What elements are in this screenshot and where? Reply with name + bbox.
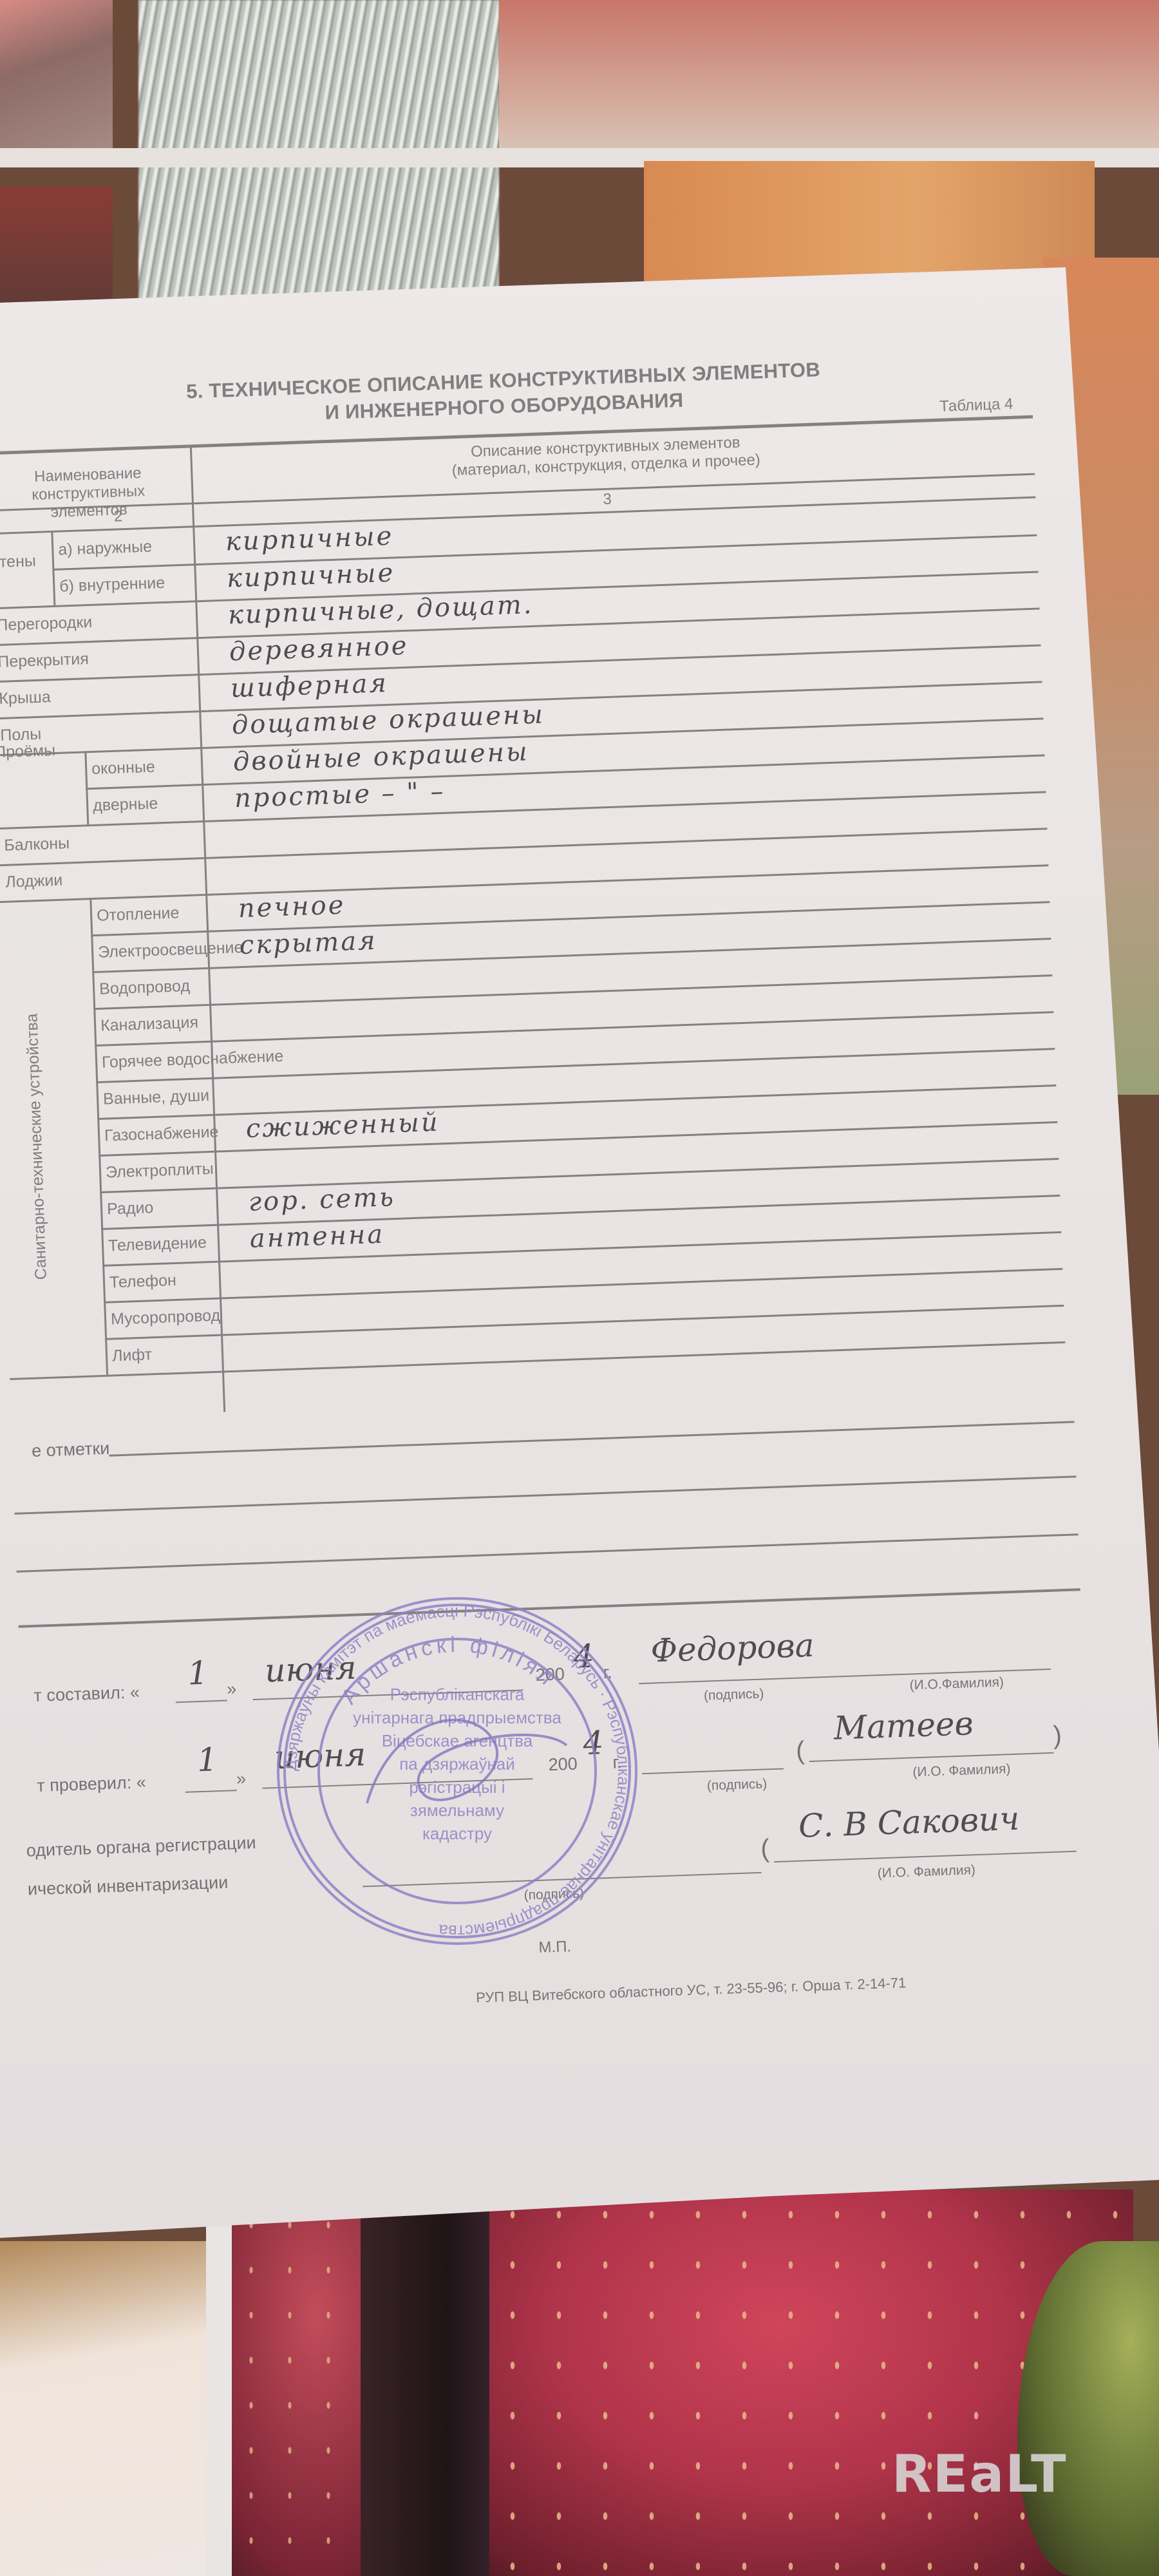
row-label: б) внутренние — [59, 574, 165, 596]
row-label: Перегородки — [0, 613, 93, 635]
row-value-handwritten: антенна — [249, 1220, 385, 1254]
row-label: Лоджии — [5, 871, 63, 892]
row-label: а) наружные — [58, 538, 153, 560]
compiled-signature-caption: (подпись) — [704, 1686, 764, 1703]
compiled-name-caption: (И.О.Фамилия) — [909, 1674, 1004, 1693]
svg-text:рэгістрацыі і: рэгістрацыі і — [409, 1777, 505, 1797]
group-divider — [84, 751, 89, 824]
row-divider — [0, 681, 1042, 719]
realt-watermark-logo: REaLT — [892, 2444, 1068, 2504]
table-row: Ванные, души — [0, 323, 1068, 361]
background-tile — [0, 2241, 232, 2576]
table-row: Балконы — [0, 323, 1068, 361]
row-divider — [97, 1084, 1056, 1120]
section-title: 5. ТЕХНИЧЕСКОЕ ОПИСАНИЕ КОНСТРУКТИВНЫХ Э… — [52, 352, 955, 435]
table-row: а) наружныекирпичные — [0, 323, 1068, 361]
table-top-rule — [0, 415, 1033, 455]
table-row: Лифт — [0, 323, 1068, 361]
row-label: Мусоропровод — [111, 1307, 221, 1329]
row-label: Лифт — [112, 1345, 153, 1365]
row-divider — [102, 1231, 1061, 1267]
row-divider — [10, 1341, 1065, 1380]
compiled-year-prefix: 200 — [535, 1664, 565, 1685]
svg-text:Рэспубліканскага: Рэспубліканскага — [390, 1685, 525, 1704]
compiled-month: июня — [264, 1649, 357, 1690]
row-divider — [0, 607, 1039, 646]
row-label: Электроплиты — [106, 1160, 214, 1182]
checked-signature-caption: (подпись) — [707, 1776, 768, 1794]
table-row: Телефон — [0, 323, 1068, 361]
row-value-handwritten: сжиженный — [245, 1108, 440, 1144]
background-tile — [0, 0, 113, 155]
row-value-handwritten: двойные окрашены — [232, 737, 529, 777]
row-divider — [52, 535, 1037, 571]
row-label: Балконы — [4, 834, 70, 855]
checked-label: т проверил: « — [37, 1772, 146, 1796]
row-divider — [86, 754, 1044, 790]
row-divider — [0, 571, 1039, 610]
group-label-openings: Проёмы — [0, 741, 56, 762]
row-divider — [93, 974, 1052, 1010]
table-row: Полыдощатые окрашены — [0, 323, 1068, 361]
group-divider — [51, 532, 55, 605]
row-divider — [100, 1158, 1059, 1193]
checked-name: Матеев — [833, 1705, 974, 1747]
row-label: Водопровод — [99, 977, 191, 999]
row-label: Отопление — [97, 904, 180, 925]
head-signature-caption: (подпись) — [523, 1886, 584, 1903]
checked-year-suffix: 4 — [583, 1724, 605, 1762]
column-divider — [190, 446, 225, 1412]
row-value-handwritten: простые – " – — [234, 777, 446, 813]
compiled-label: т составил: « — [33, 1682, 140, 1706]
svg-text:Дзяржаўны камітэт па маёмасці: Дзяржаўны камітэт па маёмасці Рэспублікі… — [281, 1601, 634, 1941]
row-value-handwritten: печное — [238, 890, 346, 923]
table-row: Лоджии — [0, 323, 1068, 361]
strawberry-seeds — [232, 2202, 361, 2576]
row-divider — [0, 791, 1046, 829]
checked-by-row: т проверил: « 1 » июня 200 4 г. (подпись… — [0, 323, 1068, 361]
section-title-line1: 5. ТЕХНИЧЕСКОЕ ОПИСАНИЕ КОНСТРУКТИВНЫХ Э… — [52, 352, 954, 410]
table-row: Отоплениепечное — [0, 323, 1068, 361]
row-label: Крыша — [0, 688, 51, 708]
background-tile — [499, 0, 1159, 148]
table-rule — [0, 473, 1035, 512]
head-row: одитель органа регистрации ической инвен… — [0, 323, 1068, 361]
row-value-handwritten: деревянное — [229, 631, 409, 667]
row-divider — [104, 1268, 1062, 1303]
row-value-handwritten: скрытая — [239, 926, 377, 960]
background-tile — [0, 187, 113, 316]
stamp-seal-icon: Дзяржаўны камітэт па маёмасці Рэспублікі… — [264, 1591, 650, 1951]
row-value-handwritten: гор. сеть — [248, 1182, 396, 1217]
row-divider — [92, 938, 1051, 973]
row-value-handwritten: дощатые окрашены — [231, 699, 545, 740]
group-label-sanitary: Санитарно-технические устройства — [23, 1013, 50, 1280]
row-divider — [91, 901, 1050, 936]
row-label: Горячее водоснабжение — [102, 1047, 284, 1072]
row-label: Электроосвещение — [98, 938, 243, 962]
checked-month: июня — [274, 1736, 366, 1776]
svg-text:па дзяржаўнай: па дзяржаўнай — [399, 1754, 515, 1774]
table-rule — [0, 497, 1035, 535]
row-label: Полы — [0, 725, 42, 745]
row-divider — [0, 864, 1048, 903]
table-row: Электроплиты — [0, 323, 1068, 361]
compiled-day: 1 — [187, 1654, 209, 1692]
row-divider — [0, 828, 1047, 866]
dark-fruit-image — [361, 2202, 502, 2576]
svg-text:Аршанскі філіял: Аршанскі філіял — [337, 1633, 561, 1709]
group-divider — [90, 898, 108, 1375]
table-row: Горячее водоснабжение — [0, 323, 1068, 361]
notes-line — [109, 1421, 1074, 1456]
row-divider — [96, 1048, 1055, 1083]
table-row: Газоснабжениесжиженный — [0, 323, 1068, 361]
table-row: Электроосвещениескрытая — [0, 323, 1068, 361]
table-body: а) наружныекирпичныеб) внутренниекирпичн… — [0, 323, 1068, 361]
row-label: оконные — [91, 758, 155, 779]
table-row: Перекрытиядеревянное — [0, 323, 1068, 361]
checked-name-caption: (И.О. Фамилия) — [912, 1761, 1011, 1780]
background-strip — [206, 2222, 232, 2576]
table-row: Крышашиферная — [0, 323, 1068, 361]
row-label: Телефон — [109, 1271, 177, 1293]
table-row: Водопровод — [0, 323, 1068, 361]
svg-text:кадастру: кадастру — [422, 1824, 492, 1843]
compiled-year-suffix: 4 — [573, 1638, 595, 1676]
svg-text:унітарнага прадпрыемства: унітарнага прадпрыемства — [353, 1708, 561, 1727]
row-divider — [99, 1121, 1057, 1157]
table-row: Мусоропровод — [0, 323, 1068, 361]
svg-text:Віцебскае агенцтва: Віцебскае агенцтва — [382, 1731, 533, 1750]
head-label-line2: ической инвентаризации — [27, 1873, 228, 1900]
notes-line — [19, 1588, 1080, 1628]
row-divider — [0, 717, 1043, 756]
checked-year-unit: г. — [612, 1752, 622, 1772]
notes-line — [17, 1533, 1079, 1573]
official-stamp: Дзяржаўны камітэт па маёмасці Рэспублікі… — [264, 1591, 650, 1951]
table-row: Телевидениеантенна — [0, 323, 1068, 361]
printer-line: РУП ВЦ Витебского областного УС, т. 23-5… — [476, 1975, 907, 2006]
row-label: Ванные, души — [103, 1086, 210, 1109]
section-title-line2: И ИНЖЕНЕРНОГО ОБОРУДОВАНИЯ — [53, 378, 956, 435]
table-row: Радиогор. сеть — [0, 323, 1068, 361]
row-label: Газоснабжение — [104, 1122, 219, 1145]
head-label-line1: одитель органа регистрации — [26, 1833, 256, 1861]
row-label: дверные — [93, 794, 158, 815]
row-value-handwritten: кирпичные — [225, 521, 394, 556]
row-label: Телевидение — [108, 1233, 207, 1255]
row-label: Канализация — [100, 1013, 199, 1035]
compiled-signature: Федорова — [650, 1627, 815, 1670]
row-label: Радио — [107, 1198, 154, 1219]
row-value-handwritten: кирпичные — [226, 558, 395, 593]
row-divider — [0, 644, 1041, 683]
svg-text:зямельнаму: зямельнаму — [410, 1801, 504, 1820]
row-value-handwritten: шиферная — [230, 668, 388, 704]
table-row: Канализация — [0, 323, 1068, 361]
checked-year-prefix: 200 — [548, 1754, 578, 1776]
notes-label: е отметки — [32, 1439, 110, 1461]
table-row: б) внутренниекирпичные — [0, 323, 1068, 361]
seal-label: М.П. — [538, 1938, 572, 1957]
table-row: Перегородкикирпичные, дощат. — [0, 323, 1068, 361]
col2-header: Наименование конструктивных элементов — [0, 463, 186, 524]
table-label: Таблица 4 — [939, 395, 1013, 416]
checked-day: 1 — [196, 1741, 218, 1779]
group-label-walls: Стены — [0, 552, 36, 573]
column-number-3: 3 — [198, 477, 1016, 523]
compiled-year-unit: г. — [603, 1663, 612, 1683]
table-row: оконныедвойные окрашены — [0, 323, 1068, 361]
row-divider — [101, 1195, 1060, 1230]
col3-header: Описание конструктивных элементов (матер… — [196, 424, 1015, 489]
row-divider — [105, 1305, 1064, 1340]
row-label: Перекрытия — [0, 650, 89, 672]
compiled-by-row: т составил: « 1 » июня 200 4 г. Федорова… — [0, 323, 1068, 361]
column-number-2: 2 — [44, 505, 193, 528]
notes-line — [14, 1475, 1076, 1515]
document-content: 5. ТЕХНИЧЕСКОЕ ОПИСАНИЕ КОНСТРУКТИВНЫХ Э… — [0, 323, 1131, 2163]
head-name: С. В Сакович — [798, 1800, 1020, 1845]
row-value-handwritten: кирпичные, дощат. — [227, 590, 534, 630]
table-row: дверныепростые – " – — [0, 323, 1068, 361]
head-name-caption: (И.О. Фамилия) — [877, 1862, 975, 1881]
row-divider — [95, 1011, 1053, 1046]
